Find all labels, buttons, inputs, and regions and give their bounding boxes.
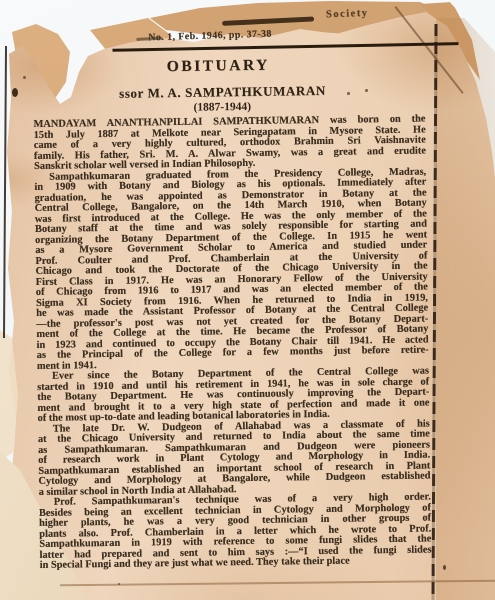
- scanned-obituary-page: Society No. 1, Feb. 1946, pp. 37-38 OBIT…: [0, 0, 495, 600]
- paragraph: Sampathkumaran graduated from the Presid…: [34, 167, 429, 372]
- paper-stain: [23, 76, 26, 79]
- paper-stain: [347, 92, 350, 95]
- paragraph: MANDAYAM ANANTHANPILLAI SAMPATHKUMARAN w…: [33, 114, 426, 172]
- paragraph: Prof. Sampathkumaran's technique was of …: [39, 492, 432, 571]
- section-title: OBITUARY: [167, 57, 270, 76]
- article-body: MANDAYAM ANANTHANPILLAI SAMPATHKUMARAN w…: [33, 114, 431, 571]
- printed-content: Society No. 1, Feb. 1946, pp. 37-38 OBIT…: [0, 0, 495, 600]
- deceased-name-fragment: ssor M. A. SAMPATHKUMARAN: [119, 83, 326, 102]
- life-years: (1887-1944): [157, 100, 287, 114]
- paragraph: Ever since the Botany Department of the …: [37, 366, 430, 424]
- paper-stain: [365, 89, 368, 92]
- paper-stain: [12, 88, 18, 97]
- ink-smudge: [222, 16, 314, 25]
- issue-citation: No. 1, Feb. 1946, pp. 37-38: [148, 29, 272, 44]
- paper-stain: [206, 96, 208, 98]
- header-rule: [112, 42, 458, 51]
- paragraph: The late Dr. W. Dudgeon of Allahabad was…: [38, 419, 431, 498]
- paper-stain: [443, 565, 446, 570]
- journal-name-fragment: Society: [326, 8, 369, 21]
- paper-stain: [118, 583, 120, 585]
